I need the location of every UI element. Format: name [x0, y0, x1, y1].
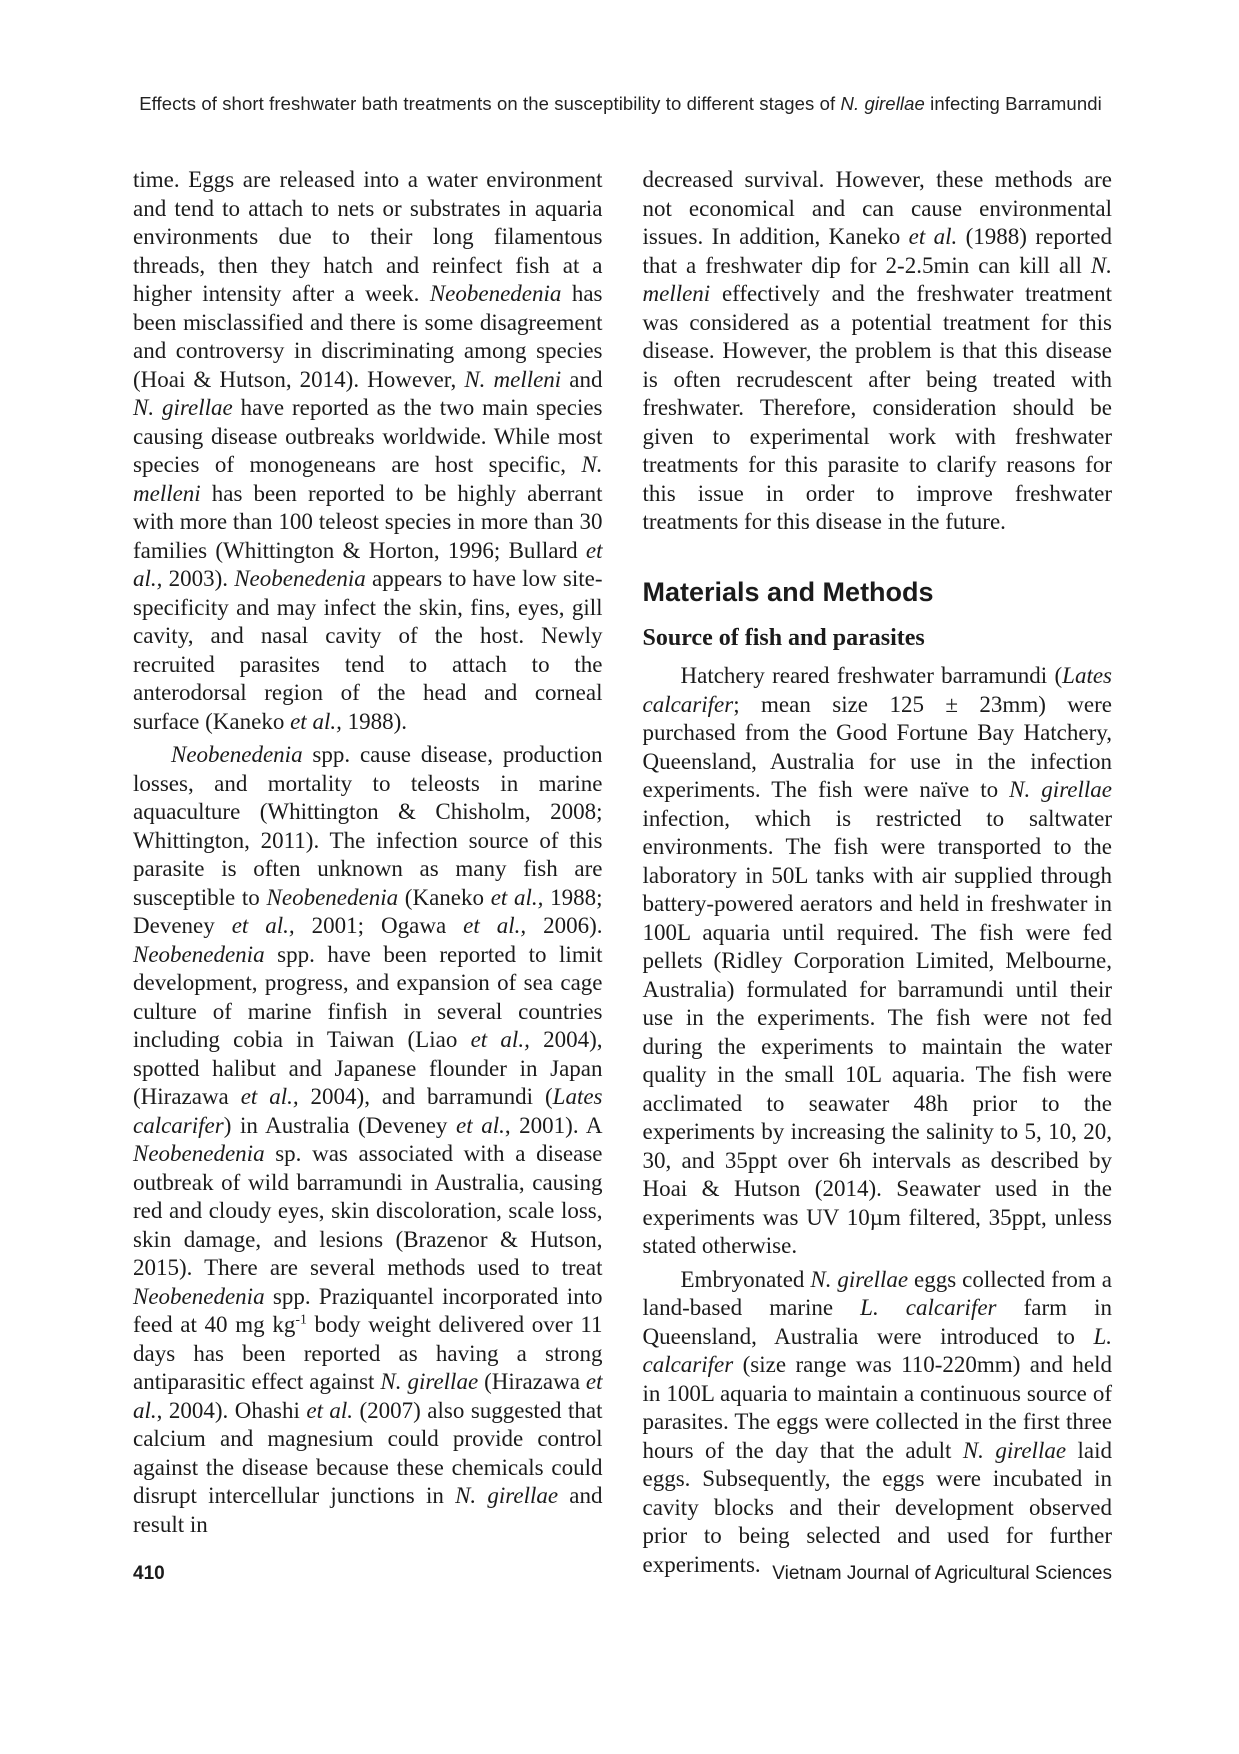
italic-text: et al.: [909, 224, 958, 249]
text-segment: Hatchery reared freshwater barramundi (: [681, 663, 1063, 688]
subsection-heading: Source of fish and parasites: [643, 624, 1113, 653]
italic-text: Neobenedenia: [234, 566, 366, 591]
text-segment: (Hirazawa: [478, 1369, 586, 1394]
paragraph: Neobenedenia spp. cause disease, product…: [133, 741, 603, 1539]
italic-text: Neobenedenia: [133, 942, 265, 967]
paragraph: Hatchery reared freshwater barramundi (L…: [643, 662, 1113, 1261]
italic-text: Neobenedenia: [267, 885, 399, 910]
italic-text: N. girellae: [810, 1267, 908, 1292]
section-heading: Materials and Methods: [643, 577, 1113, 608]
text-segment: infection, which is restricted to saltwa…: [643, 806, 1113, 1259]
text-segment: 1988).: [342, 709, 407, 734]
text-segment: has been reported to be highly aberrant …: [133, 481, 603, 563]
italic-text: N. girellae: [963, 1438, 1066, 1463]
page-body: time. Eggs are released into a water env…: [133, 166, 1112, 1584]
text-segment: Embryonated: [681, 1267, 811, 1292]
text-segment: 2003).: [162, 566, 234, 591]
text-segment: ) in Australia (Deveney: [224, 1113, 456, 1138]
running-header: Effects of short freshwater bath treatme…: [131, 93, 1110, 115]
text-segment: infecting Barramundi: [925, 93, 1102, 114]
column-left: time. Eggs are released into a water env…: [133, 166, 603, 1584]
italic-text: et al.,: [491, 885, 544, 910]
text-segment: , 2001). A: [505, 1113, 603, 1138]
paragraph: time. Eggs are released into a water env…: [133, 166, 603, 736]
italic-text: N. melleni: [464, 367, 561, 392]
text-segment: Effects of short freshwater bath treatme…: [139, 93, 840, 114]
italic-text: N. girellae: [455, 1483, 558, 1508]
text-segment: 2004), and barramundi (: [299, 1084, 553, 1109]
italic-text: et al.: [306, 1398, 353, 1423]
text-segment: , 2004). Ohashi: [157, 1398, 307, 1423]
text-segment: effectively and the freshwater treatment…: [643, 281, 1113, 534]
column-right: decreased survival. However, these metho…: [643, 166, 1113, 1584]
page-footer: 410 Vietnam Journal of Agricultural Scie…: [133, 1563, 1112, 1585]
italic-text: Neobenedenia: [171, 742, 303, 767]
text-segment: and: [561, 367, 602, 392]
italic-text: Neobenedenia: [133, 1284, 265, 1309]
superscript-text: -1: [295, 1311, 307, 1326]
paragraph: Embryonated N. girellae eggs collected f…: [643, 1266, 1113, 1580]
text-segment: 2006).: [526, 913, 602, 938]
journal-name: Vietnam Journal of Agricultural Sciences: [772, 1563, 1112, 1585]
italic-text: et al.,: [241, 1084, 299, 1109]
text-segment: 2001; Ogawa: [295, 913, 463, 938]
italic-text: Neobenedenia: [430, 281, 562, 306]
paragraph: decreased survival. However, these metho…: [643, 166, 1113, 537]
italic-text: N. girellae: [841, 93, 925, 114]
italic-text: N. girellae: [133, 395, 233, 420]
italic-text: N. girellae: [1009, 777, 1112, 802]
italic-text: et al.,: [463, 913, 526, 938]
italic-text: et al.: [456, 1113, 505, 1138]
page-number: 410: [133, 1563, 165, 1585]
italic-text: et al.,: [471, 1027, 530, 1052]
italic-text: L. calcarifer: [860, 1295, 996, 1320]
italic-text: et al.,: [290, 709, 342, 734]
text-segment: (Kaneko: [398, 885, 491, 910]
document-page: Effects of short freshwater bath treatme…: [0, 0, 1239, 1754]
italic-text: N. girellae: [380, 1369, 478, 1394]
italic-text: et al.,: [232, 913, 295, 938]
italic-text: Neobenedenia: [133, 1141, 265, 1166]
